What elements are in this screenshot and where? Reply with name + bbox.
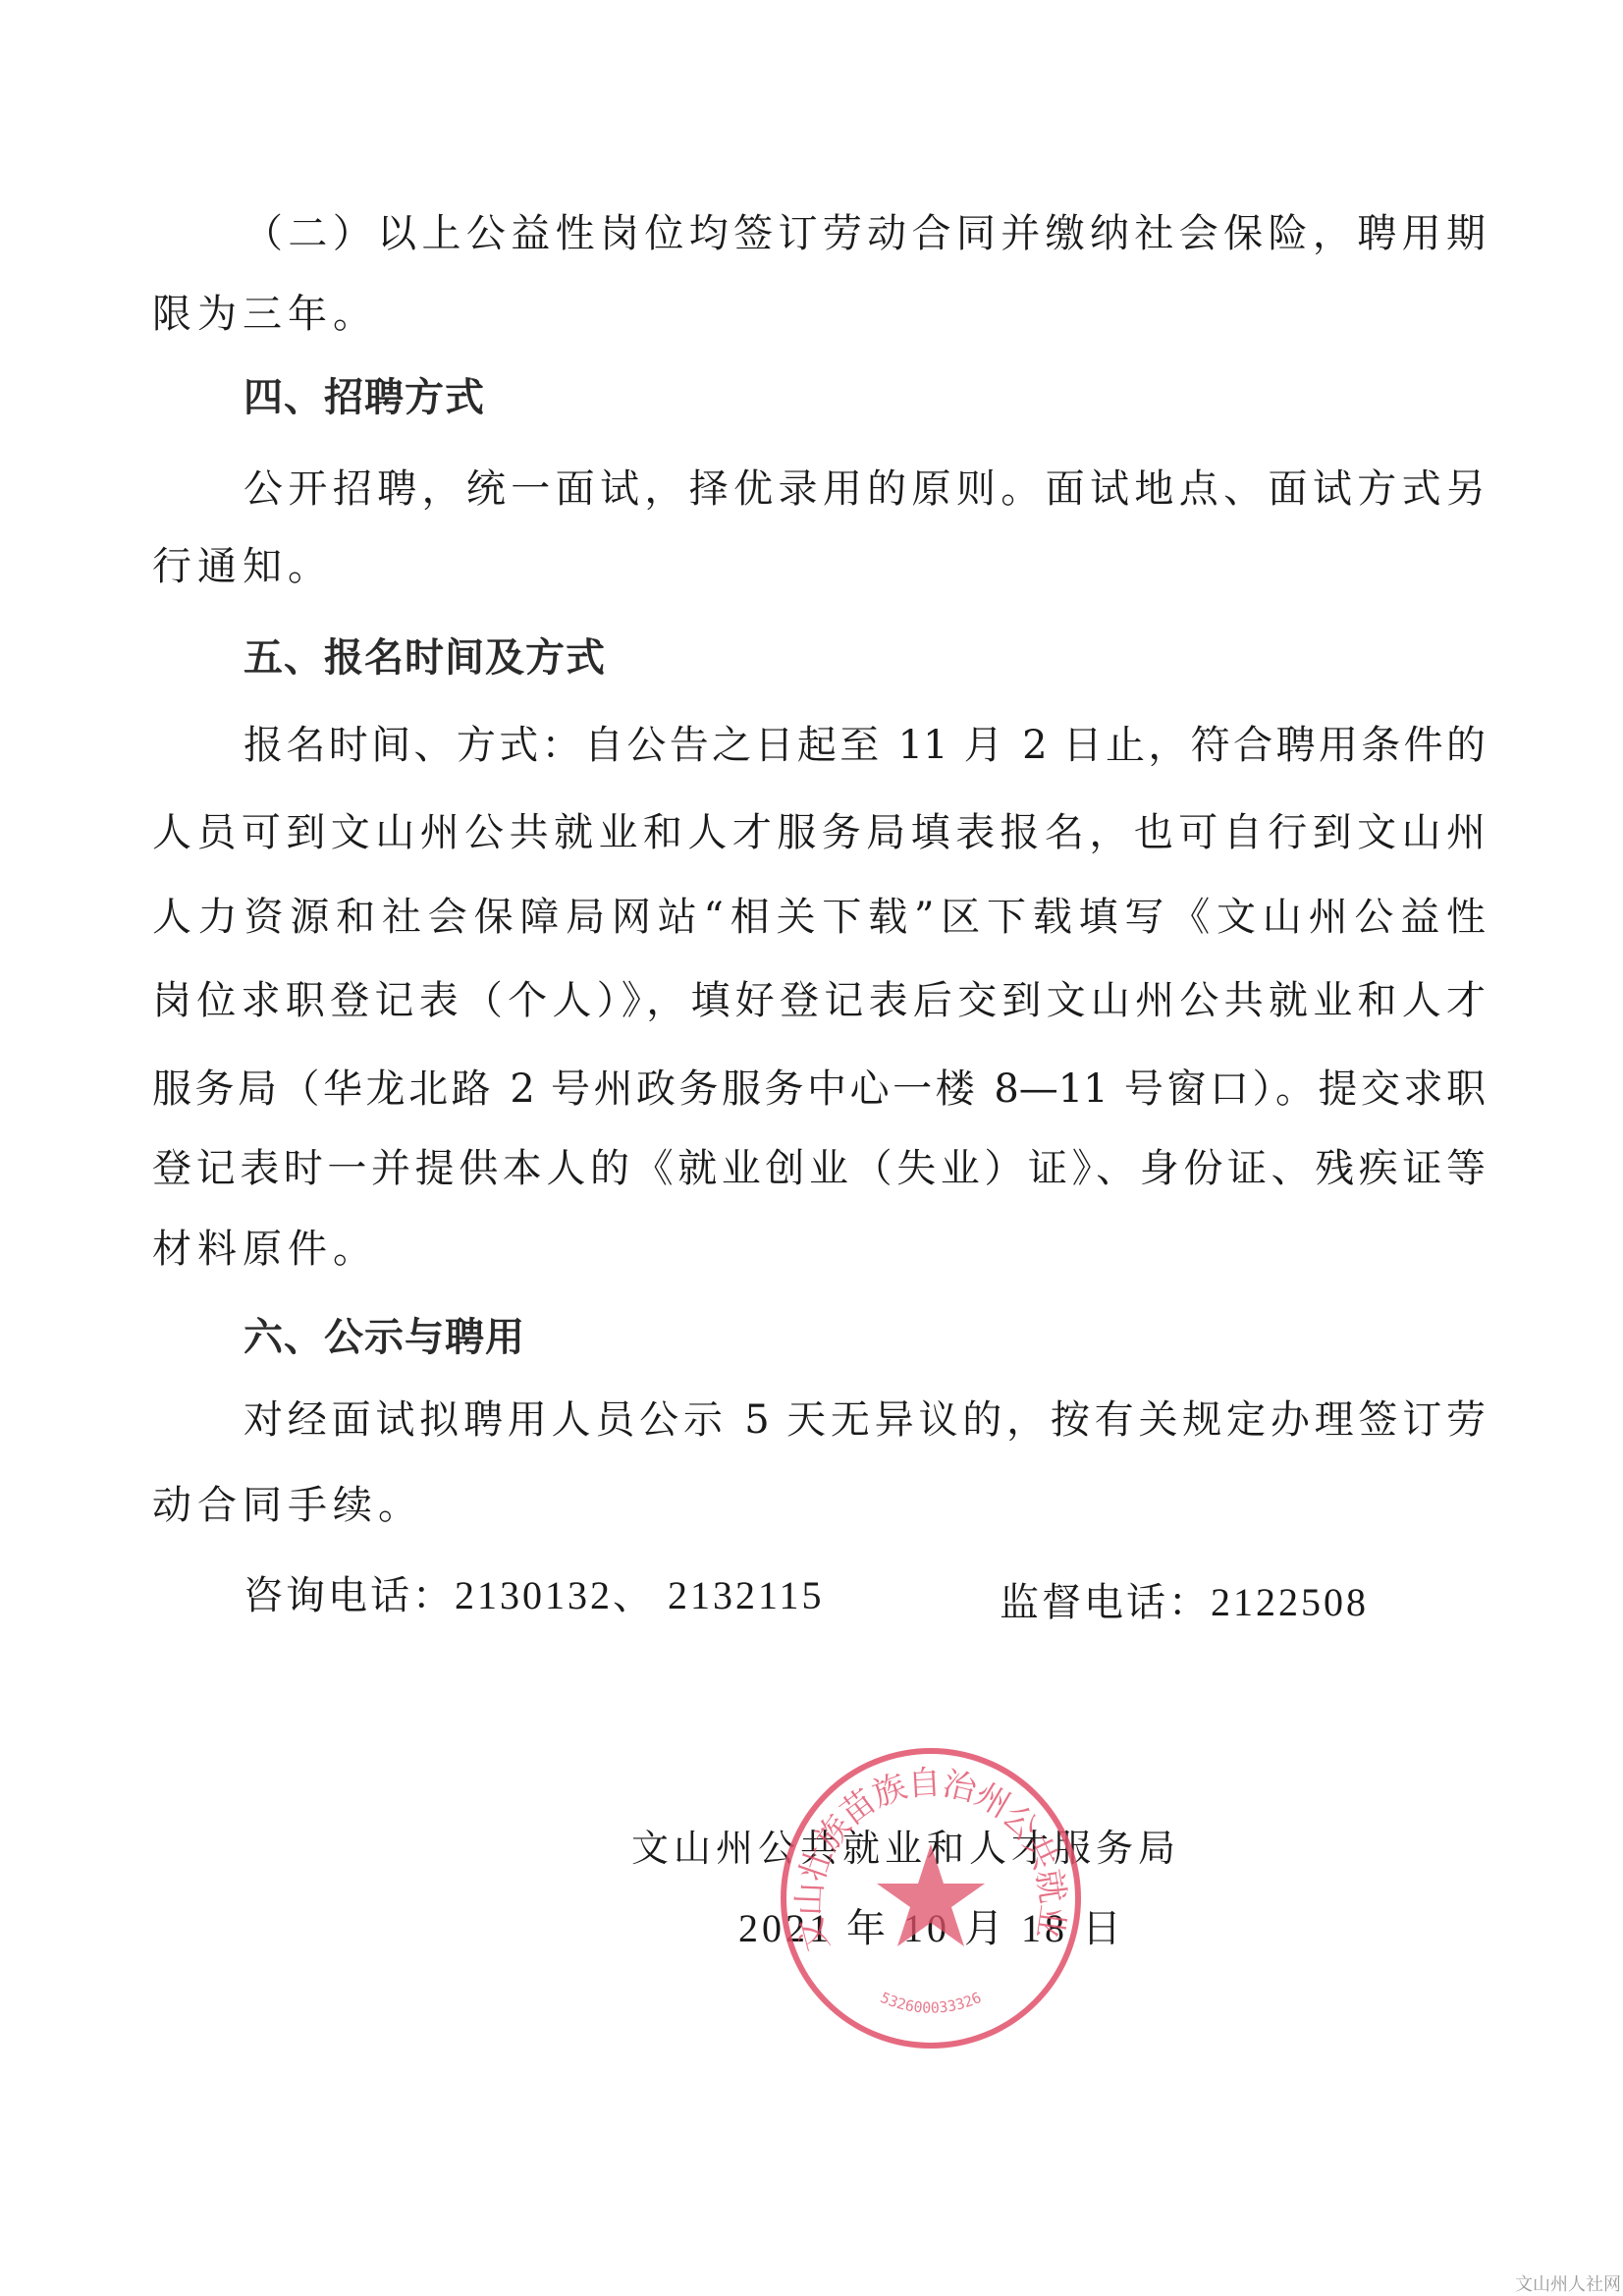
- paragraph-2-line-1: （二）以上公益性岗位均签订劳动合同并缴纳社会保险，聘用期: [243, 210, 1486, 257]
- paragraph-5-line-4: 岗位求职登记表（个人）》，填好登记表后交到文山州公共就业和人才: [152, 977, 1486, 1024]
- paragraph-5-line-5: 服务局（华龙北路 2 号州政务服务中心一楼 8—11 号窗口）。提交求职: [152, 1066, 1486, 1113]
- consult-phone-numbers: 2130132、 2132115: [455, 1573, 825, 1617]
- paragraph-6-line-2: 动合同手续。: [152, 1482, 423, 1529]
- paragraph-4-line-1: 公开招聘，统一面试，择优录用的原则。面试地点、面试方式另: [243, 465, 1486, 513]
- official-seal-icon: 文山壮族苗族自治州公共就业和人才服务局 532600033326: [779, 1746, 1083, 2050]
- paragraph-4-line-2: 行通知。: [152, 543, 333, 590]
- consult-phone-label: 咨询电话：: [243, 1573, 455, 1618]
- paragraph-5-line-7: 材料原件。: [152, 1226, 378, 1273]
- paragraph-5-line-2: 人员可到文山州公共就业和人才服务局填表报名，也可自行到文山州: [152, 809, 1486, 856]
- signature-date: 2021 年 10 月 18 日: [738, 1905, 1125, 1952]
- site-watermark: 文山州人社网: [1515, 2270, 1621, 2296]
- section-heading-recruitment-method: 四、招聘方式: [243, 374, 485, 421]
- paragraph-2-line-2: 限为三年。: [152, 291, 378, 338]
- supervise-phone-number: 2122508: [1211, 1580, 1369, 1624]
- paragraph-5-line-3: 人力资源和社会保障局网站“相关下载”区下载填写《文山州公益性: [152, 894, 1486, 941]
- section-heading-registration: 五、报名时间及方式: [243, 634, 606, 682]
- signature-organization: 文山州公共就业和人才服务局: [631, 1825, 1180, 1872]
- consult-phone: 咨询电话：2130132、 2132115: [243, 1572, 825, 1619]
- paragraph-5-line-6: 登记表时一并提供本人的《就业创业（失业）证》、身份证、残疾证等: [152, 1145, 1486, 1192]
- stamp-code: 532600033326: [878, 1989, 984, 2017]
- paragraph-5-line-1: 报名时间、方式：自公告之日起至 11 月 2 日止，符合聘用条件的: [243, 722, 1486, 769]
- supervise-phone-label: 监督电话：: [1000, 1580, 1211, 1625]
- section-heading-publicity: 六、公示与聘用: [243, 1314, 525, 1361]
- svg-text:532600033326: 532600033326: [878, 1989, 984, 2017]
- supervise-phone: 监督电话：2122508: [1000, 1579, 1369, 1626]
- paragraph-6-line-1: 对经面试拟聘用人员公示 5 天无异议的，按有关规定办理签订劳: [243, 1396, 1486, 1444]
